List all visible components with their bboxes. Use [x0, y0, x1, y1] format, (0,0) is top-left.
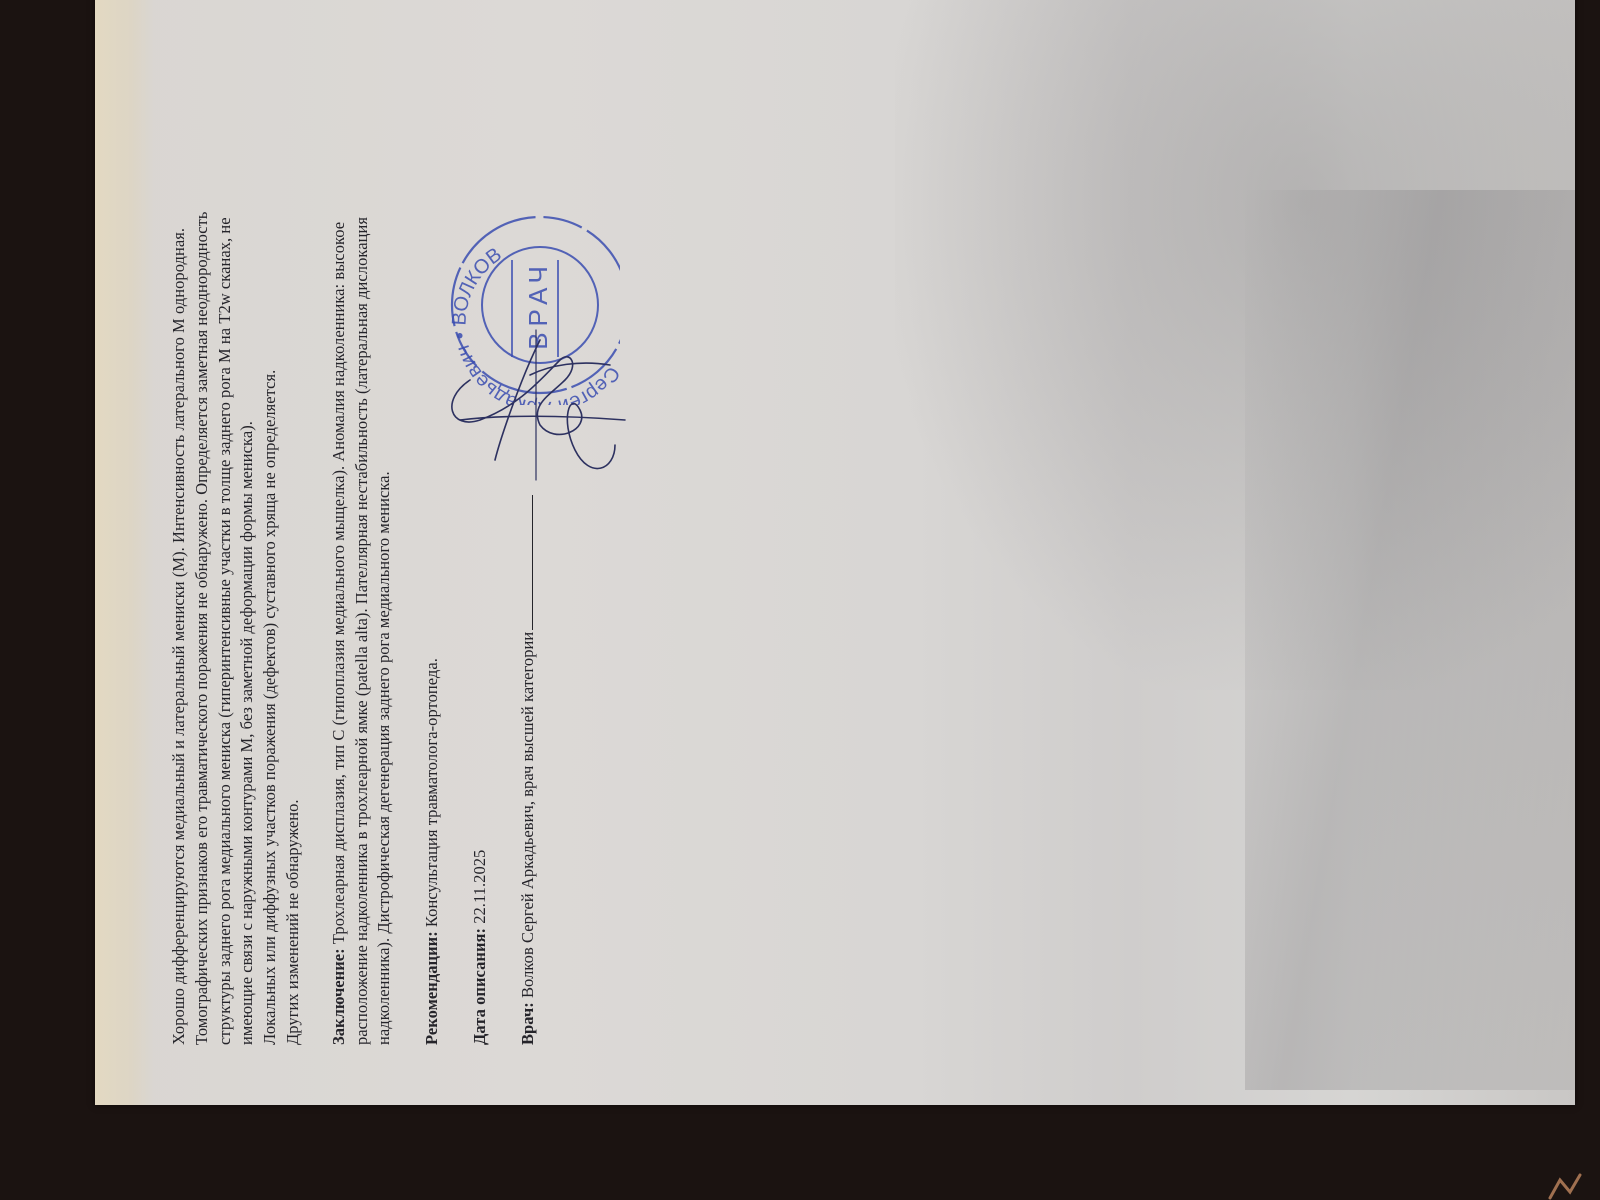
body-line: Хорошо дифференцируются медиальный и лат…	[168, 45, 191, 1045]
recommendations-text: Консультация травматолога-ортопеда.	[422, 658, 441, 931]
conclusion-label: Заключение:	[329, 948, 348, 1045]
recommendations-label: Рекомендации:	[422, 931, 441, 1045]
document-text: Хорошо дифференцируются медиальный и лат…	[168, 45, 540, 1045]
doctor-section: Врач: Волков Сергей Аркадьевич, врач выс…	[517, 45, 540, 1045]
signature-line	[532, 495, 533, 630]
conclusion-line: надколенника). Дистрофическая дегенераци…	[373, 45, 396, 1045]
doctor-signature	[440, 320, 640, 490]
conclusion-section: Заключение: Трохлеарная дисплазия, тип С…	[328, 45, 351, 1045]
body-line: Локальных или диффузных участков поражен…	[259, 45, 282, 1045]
recommendations-section: Рекомендации: Консультация травматолога-…	[421, 45, 444, 1045]
body-line: Других изменений не обнаружено.	[282, 45, 305, 1045]
conclusion-text: Трохлеарная дисплазия, тип С (гипоплазия…	[329, 222, 348, 948]
photo-scene: Хорошо дифференцируются медиальный и лат…	[0, 0, 1600, 1200]
spacer	[444, 45, 469, 1045]
spacer	[396, 45, 421, 1045]
paper-edge-highlight	[95, 0, 155, 1105]
conclusion-line: расположение надколенника в трохлеарной …	[351, 45, 374, 1045]
date-section: Дата описания: 22.11.2025	[469, 45, 492, 1045]
doctor-label: Врач:	[518, 1002, 537, 1045]
body-line: имеющие связи с наружными контурами М, б…	[236, 45, 259, 1045]
body-line: структуры заднего рога медиального менис…	[214, 45, 237, 1045]
date-label: Дата описания:	[470, 928, 489, 1045]
body-line: Томографических признаков его травматиче…	[191, 45, 214, 1045]
shadow-overlay-secondary	[1245, 190, 1575, 1090]
spacer	[492, 45, 517, 1045]
spacer	[305, 45, 328, 1045]
doctor-name: Волков Сергей Аркадьевич, врач высшей ка…	[518, 632, 537, 1002]
background-debris	[1510, 1160, 1590, 1200]
date-value: 22.11.2025	[470, 850, 489, 928]
